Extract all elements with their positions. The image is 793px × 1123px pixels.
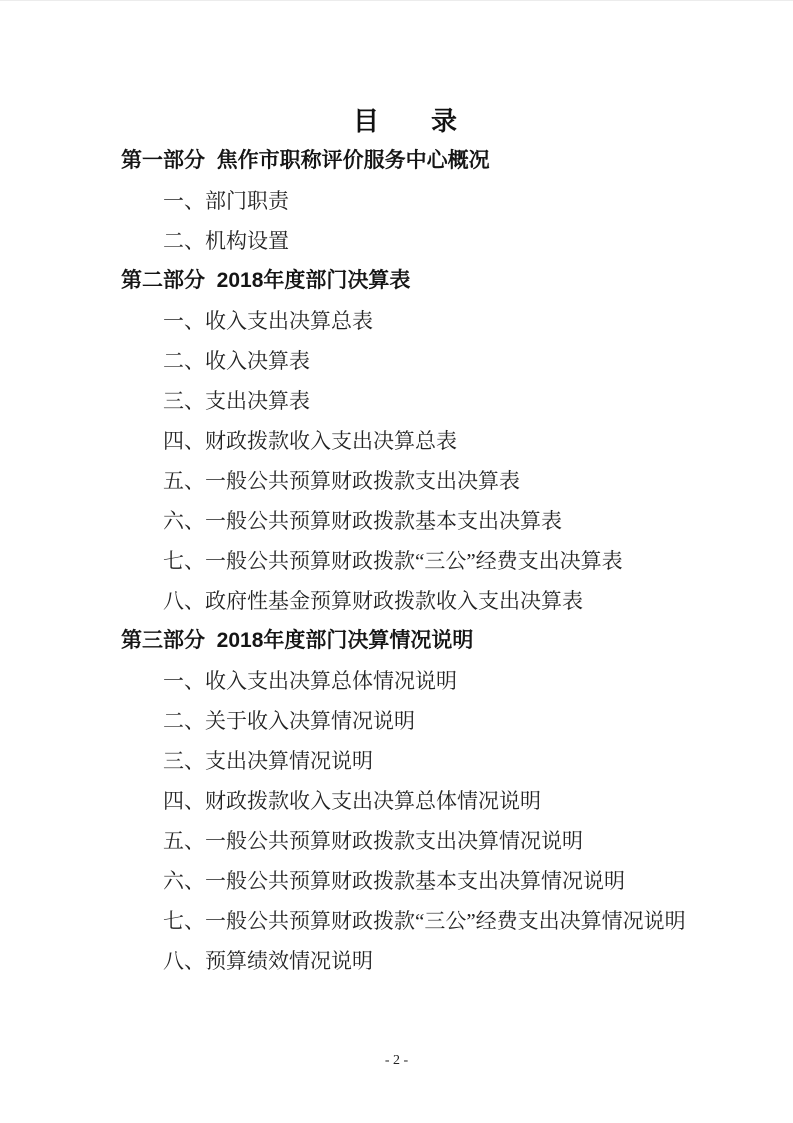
toc-item: 一、收入支出决算总表: [121, 301, 689, 341]
toc-section-3: 第三部分 2018年度部门决算情况说明 一、收入支出决算总体情况说明 二、关于收…: [121, 621, 689, 981]
toc-item: 五、一般公共预算财政拨款支出决算情况说明: [121, 821, 689, 861]
page-content: 目 录 第一部分 焦作市职称评价服务中心概况 一、部门职责 二、机构设置 第二部…: [121, 101, 689, 981]
toc-item: 七、一般公共预算财政拨款“三公”经费支出决算表: [121, 541, 689, 581]
section-heading: 第一部分 焦作市职称评价服务中心概况: [121, 141, 689, 181]
page-number: - 2 -: [0, 1051, 793, 1071]
toc-item: 四、财政拨款收入支出决算总表: [121, 421, 689, 461]
toc-item: 六、一般公共预算财政拨款基本支出决算表: [121, 501, 689, 541]
toc-section-1: 第一部分 焦作市职称评价服务中心概况 一、部门职责 二、机构设置: [121, 141, 689, 261]
toc-section-2: 第二部分 2018年度部门决算表 一、收入支出决算总表 二、收入决算表 三、支出…: [121, 261, 689, 621]
toc-item: 八、预算绩效情况说明: [121, 941, 689, 981]
toc-item: 一、收入支出决算总体情况说明: [121, 661, 689, 701]
section-heading: 第二部分 2018年度部门决算表: [121, 261, 689, 301]
table-of-contents: 第一部分 焦作市职称评价服务中心概况 一、部门职责 二、机构设置 第二部分 20…: [121, 141, 689, 981]
toc-item: 二、关于收入决算情况说明: [121, 701, 689, 741]
toc-item: 一、部门职责: [121, 181, 689, 221]
toc-item: 六、一般公共预算财政拨款基本支出决算情况说明: [121, 861, 689, 901]
toc-item: 三、支出决算表: [121, 381, 689, 421]
toc-item: 四、财政拨款收入支出决算总体情况说明: [121, 781, 689, 821]
section-heading: 第三部分 2018年度部门决算情况说明: [121, 621, 689, 661]
toc-item: 三、支出决算情况说明: [121, 741, 689, 781]
toc-item: 八、政府性基金预算财政拨款收入支出决算表: [121, 581, 689, 621]
document-page: 目 录 第一部分 焦作市职称评价服务中心概况 一、部门职责 二、机构设置 第二部…: [0, 0, 793, 1123]
toc-item: 二、收入决算表: [121, 341, 689, 381]
toc-item: 五、一般公共预算财政拨款支出决算表: [121, 461, 689, 501]
toc-item: 七、一般公共预算财政拨款“三公”经费支出决算情况说明: [121, 901, 689, 941]
toc-item: 二、机构设置: [121, 221, 689, 261]
page-title: 目 录: [121, 101, 689, 141]
